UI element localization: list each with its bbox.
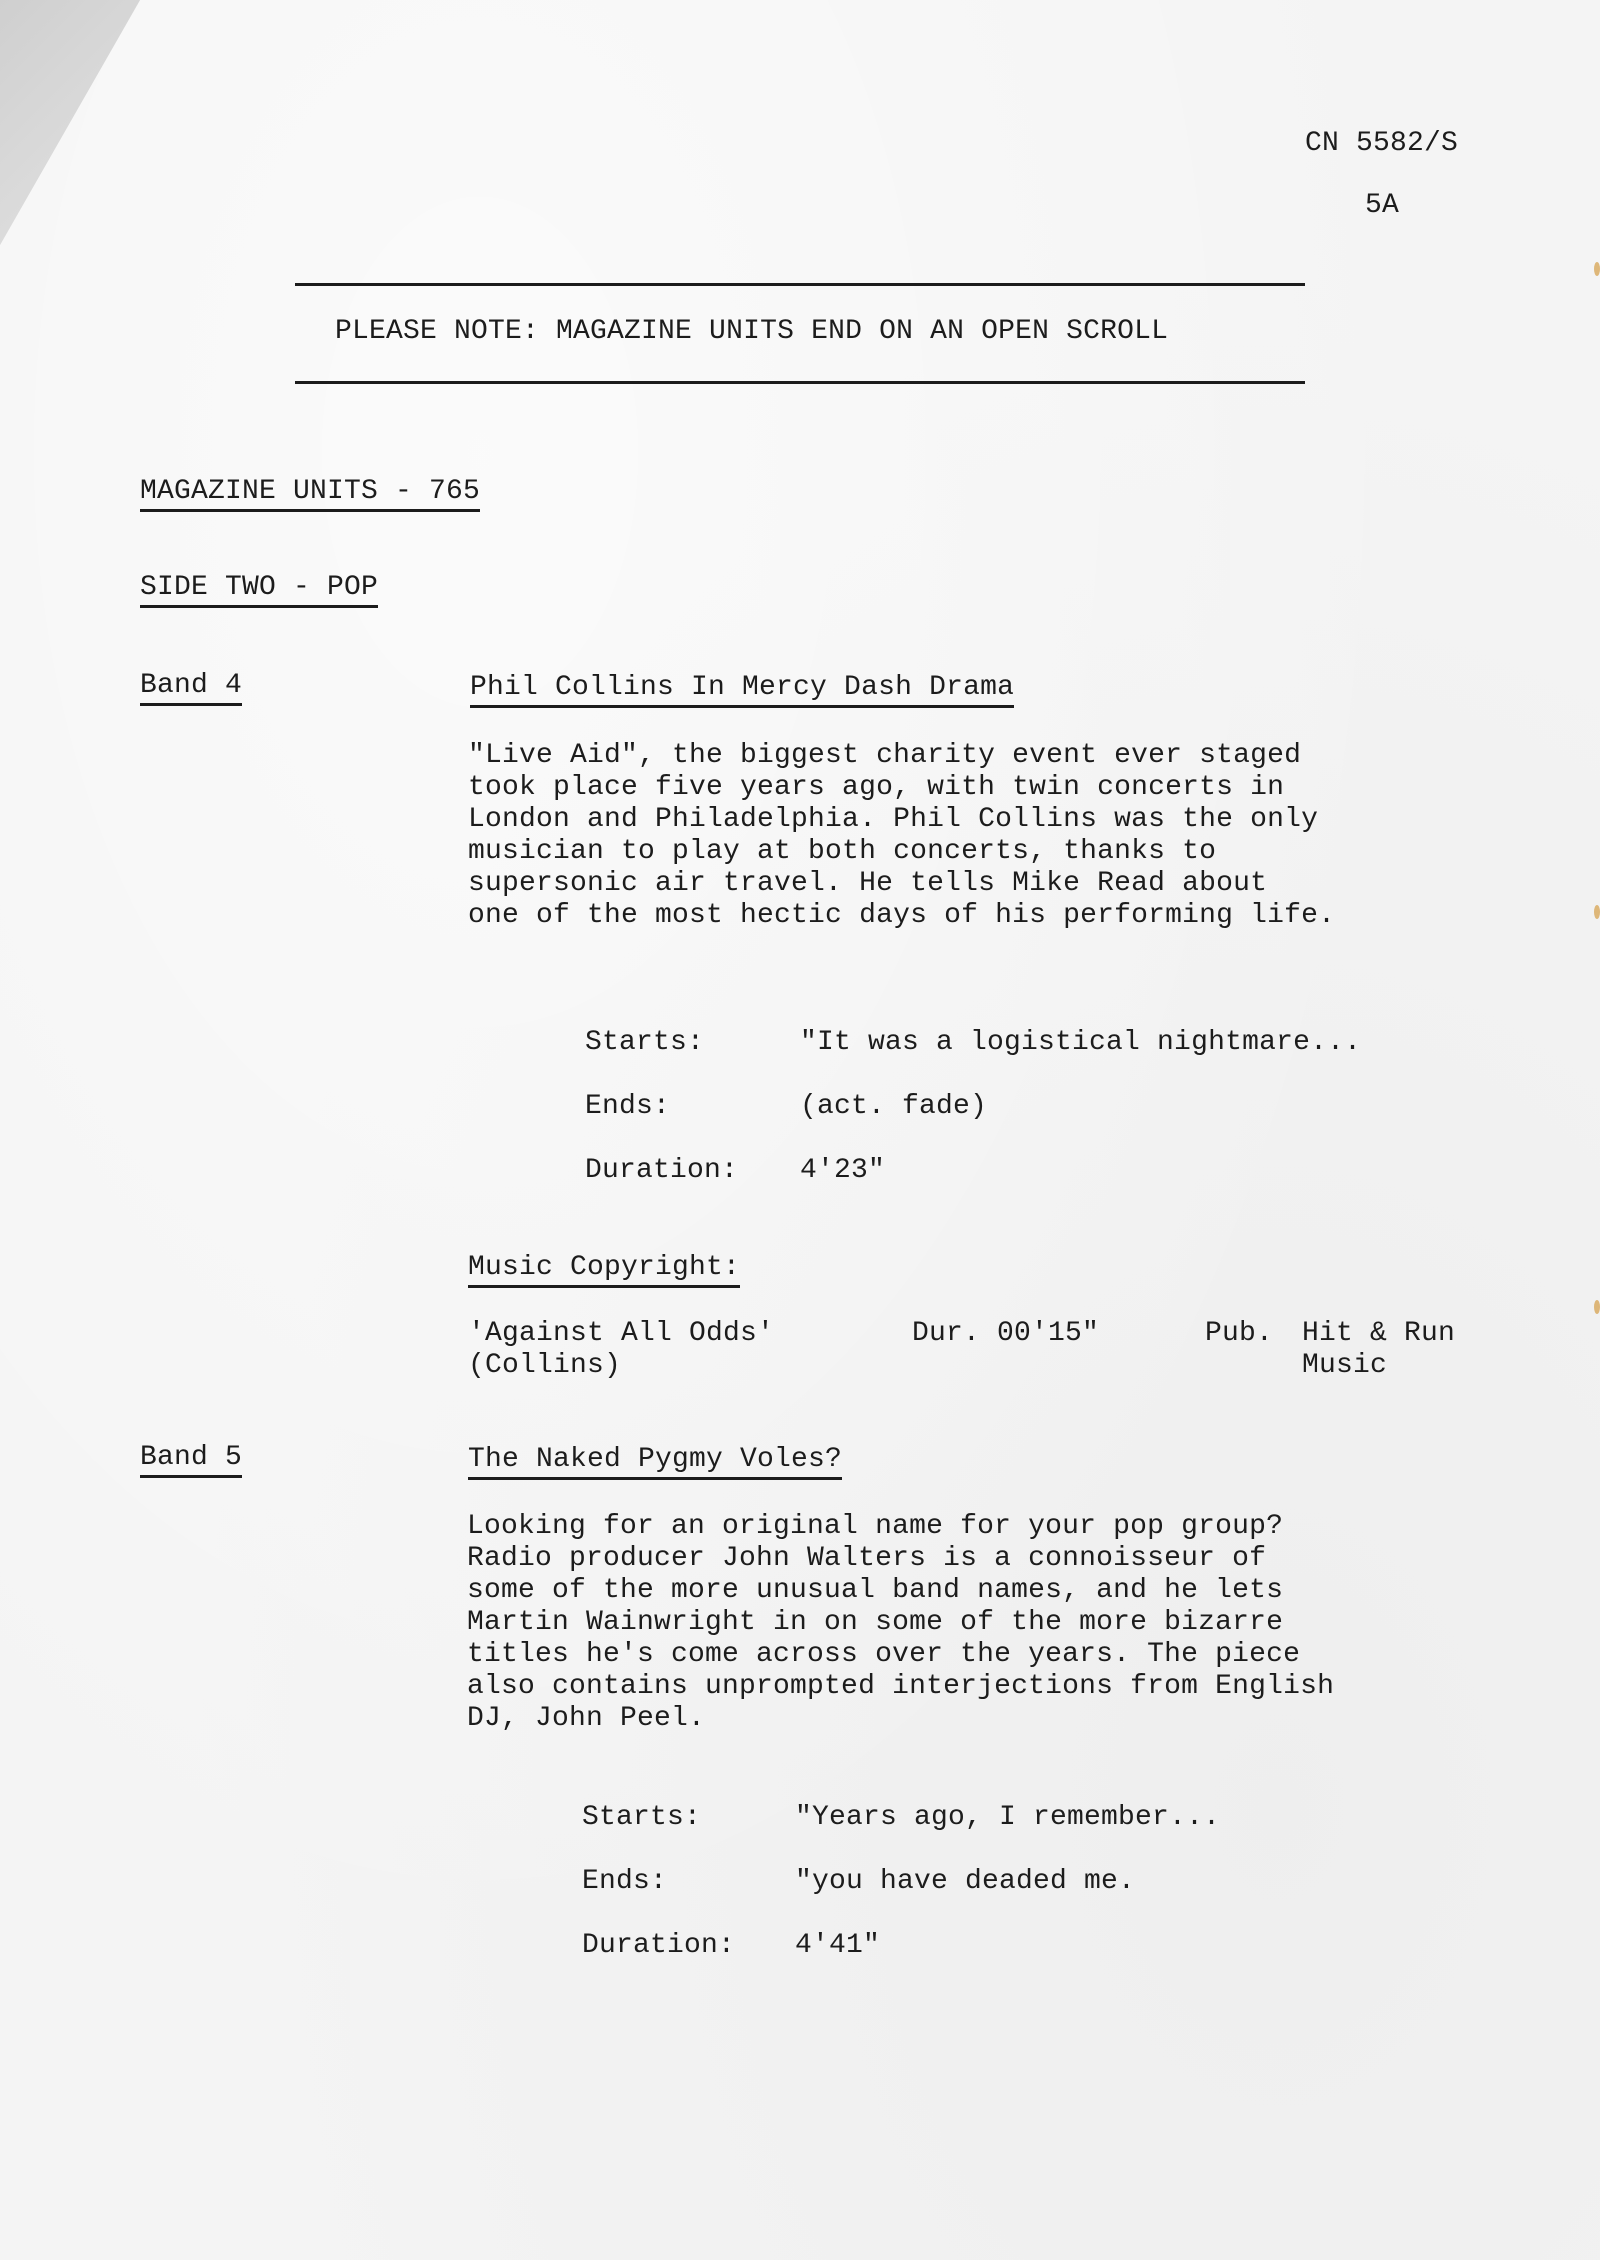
section-title: MAGAZINE UNITS - 765 xyxy=(140,476,480,512)
band-4-label: Band 4 xyxy=(140,670,242,706)
band-4-duration: 4'23" xyxy=(800,1155,885,1187)
band-5-starts: "Years ago, I remember... xyxy=(795,1802,1220,1834)
paper-stain xyxy=(1594,262,1600,276)
band-4-ends: (act. fade) xyxy=(800,1091,987,1123)
band-5-ends: "you have deaded me. xyxy=(795,1866,1135,1898)
copyright-publisher-label: Pub. xyxy=(1205,1318,1273,1350)
side-heading: SIDE TWO - POP xyxy=(140,572,378,608)
copyright-publisher: Hit & Run xyxy=(1302,1318,1455,1350)
document-page: CN 5582/S 5A PLEASE NOTE: MAGAZINE UNITS… xyxy=(0,0,1600,2260)
band-5-title: The Naked Pygmy Voles? xyxy=(468,1444,842,1480)
paper-stain xyxy=(1594,905,1600,919)
open-scroll-note: PLEASE NOTE: MAGAZINE UNITS END ON AN OP… xyxy=(335,316,1168,348)
band-5-label: Band 5 xyxy=(140,1442,242,1478)
paper-stain xyxy=(1594,1300,1600,1314)
copyright-publisher-line2: Music xyxy=(1302,1350,1387,1382)
divider-bottom xyxy=(295,381,1305,384)
band-4-duration-label: Duration: xyxy=(585,1155,738,1187)
band-4-starts-label: Starts: xyxy=(585,1027,704,1059)
band-4-title: Phil Collins In Mercy Dash Drama xyxy=(470,672,1014,708)
divider-top xyxy=(295,283,1305,286)
sheet-number: 5A xyxy=(1365,190,1399,222)
copyright-duration: Dur. 00'15" xyxy=(912,1318,1099,1350)
band-4-starts: "It was a logistical nightmare... xyxy=(800,1027,1361,1059)
catalogue-number: CN 5582/S xyxy=(1305,128,1458,160)
band-4-ends-label: Ends: xyxy=(585,1091,670,1123)
band-5-ends-label: Ends: xyxy=(582,1866,667,1898)
copyright-composer: (Collins) xyxy=(468,1350,621,1382)
band-5-duration-label: Duration: xyxy=(582,1930,735,1962)
band-5-duration: 4'41" xyxy=(795,1930,880,1962)
copyright-song-title: 'Against All Odds' xyxy=(468,1318,774,1350)
band-5-starts-label: Starts: xyxy=(582,1802,701,1834)
music-copyright-heading: Music Copyright: xyxy=(468,1252,740,1288)
